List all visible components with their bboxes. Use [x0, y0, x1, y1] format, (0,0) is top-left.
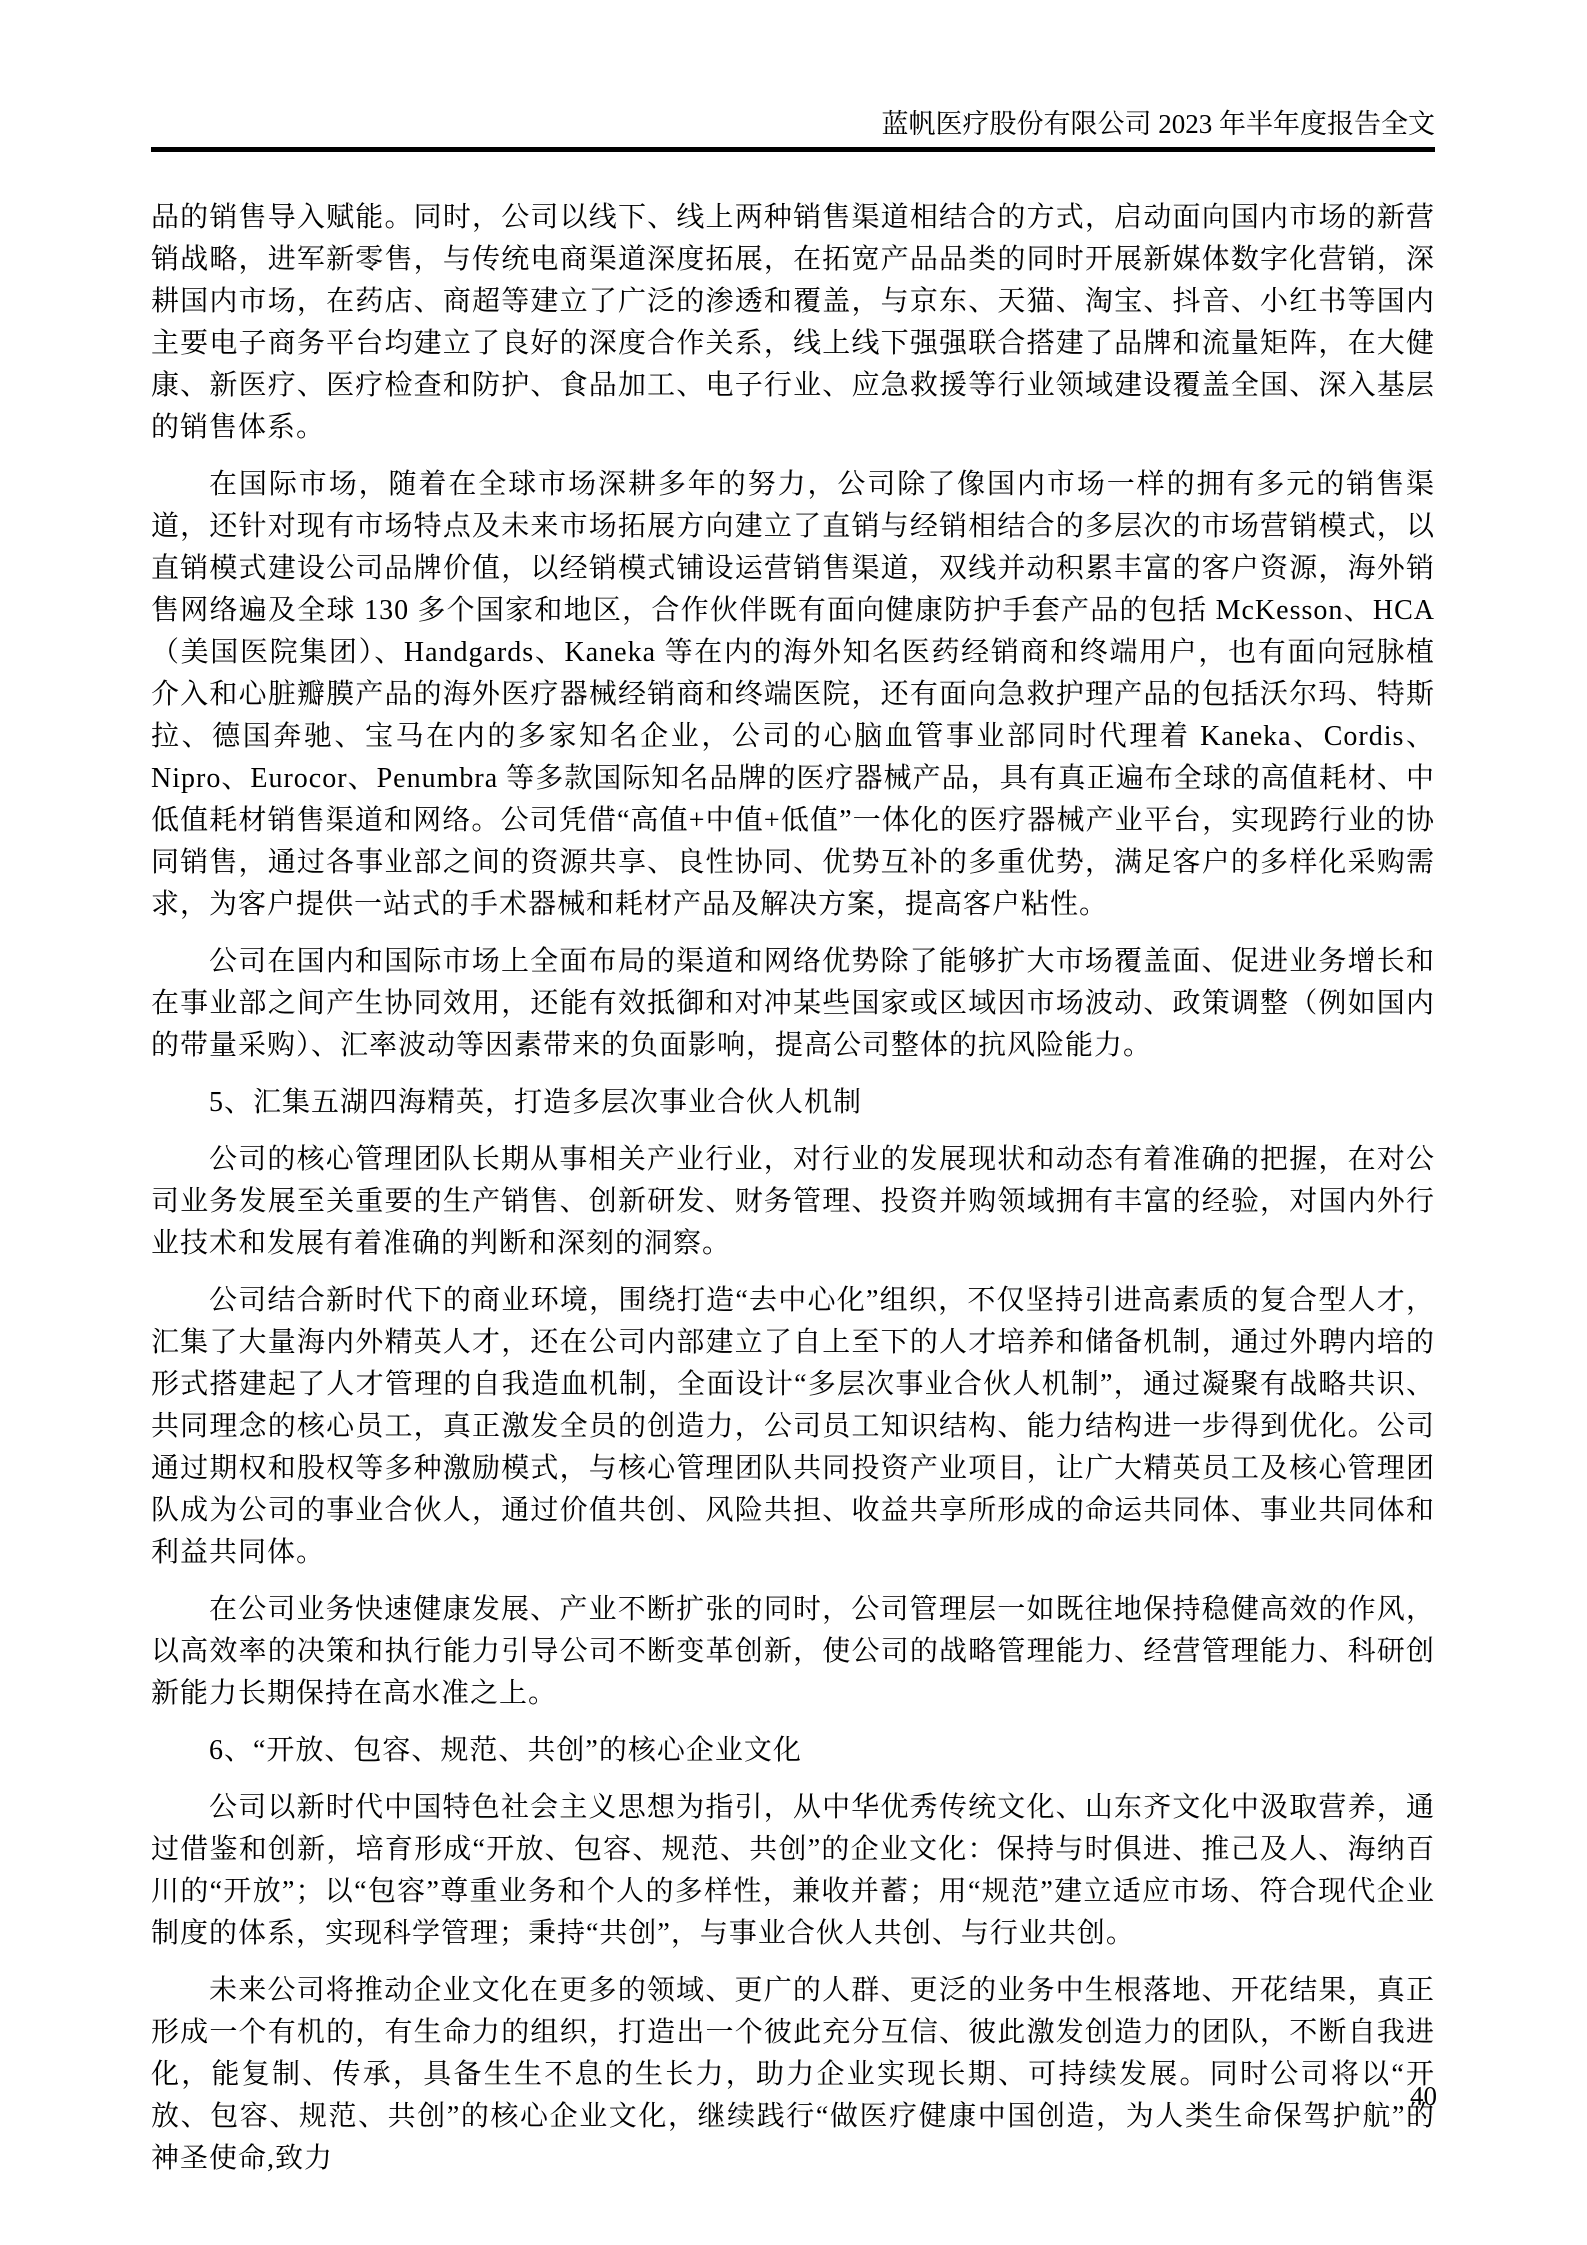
paragraph: 在国际市场，随着在全球市场深耕多年的努力，公司除了像国内市场一样的拥有多元的销售…	[151, 464, 1435, 926]
header-rule	[151, 147, 1435, 152]
paragraph: 未来公司将推动企业文化在更多的领域、更广的人群、更泛的业务中生根落地、开花结果，…	[151, 1970, 1435, 2180]
paragraph: 公司的核心管理团队长期从事相关产业行业，对行业的发展现状和动态有着准确的把握，在…	[151, 1139, 1435, 1265]
paragraph: 公司以新时代中国特色社会主义思想为指引，从中华优秀传统文化、山东齐文化中汲取营养…	[151, 1787, 1435, 1955]
section-heading-5: 5、汇集五湖四海精英，打造多层次事业合伙人机制	[151, 1082, 1435, 1124]
section-heading-6: 6、“开放、包容、规范、共创”的核心企业文化	[151, 1730, 1435, 1772]
report-page: 蓝帆医疗股份有限公司 2023 年半年度报告全文 品的销售导入赋能。同时，公司以…	[0, 0, 1587, 2245]
paragraph: 公司结合新时代下的商业环境，围绕打造“去中心化”组织，不仅坚持引进高素质的复合型…	[151, 1280, 1435, 1574]
page-content: 蓝帆医疗股份有限公司 2023 年半年度报告全文 品的销售导入赋能。同时，公司以…	[151, 108, 1435, 2195]
page-header: 蓝帆医疗股份有限公司 2023 年半年度报告全文	[151, 108, 1435, 140]
paragraph: 在公司业务快速健康发展、产业不断扩张的同时，公司管理层一如既往地保持稳健高效的作…	[151, 1589, 1435, 1715]
paragraph: 公司在国内和国际市场上全面布局的渠道和网络优势除了能够扩大市场覆盖面、促进业务增…	[151, 941, 1435, 1067]
body-text: 品的销售导入赋能。同时，公司以线下、线上两种销售渠道相结合的方式，启动面向国内市…	[151, 197, 1435, 2180]
paragraph: 品的销售导入赋能。同时，公司以线下、线上两种销售渠道相结合的方式，启动面向国内市…	[151, 197, 1435, 449]
page-number: 40	[1410, 2080, 1437, 2112]
